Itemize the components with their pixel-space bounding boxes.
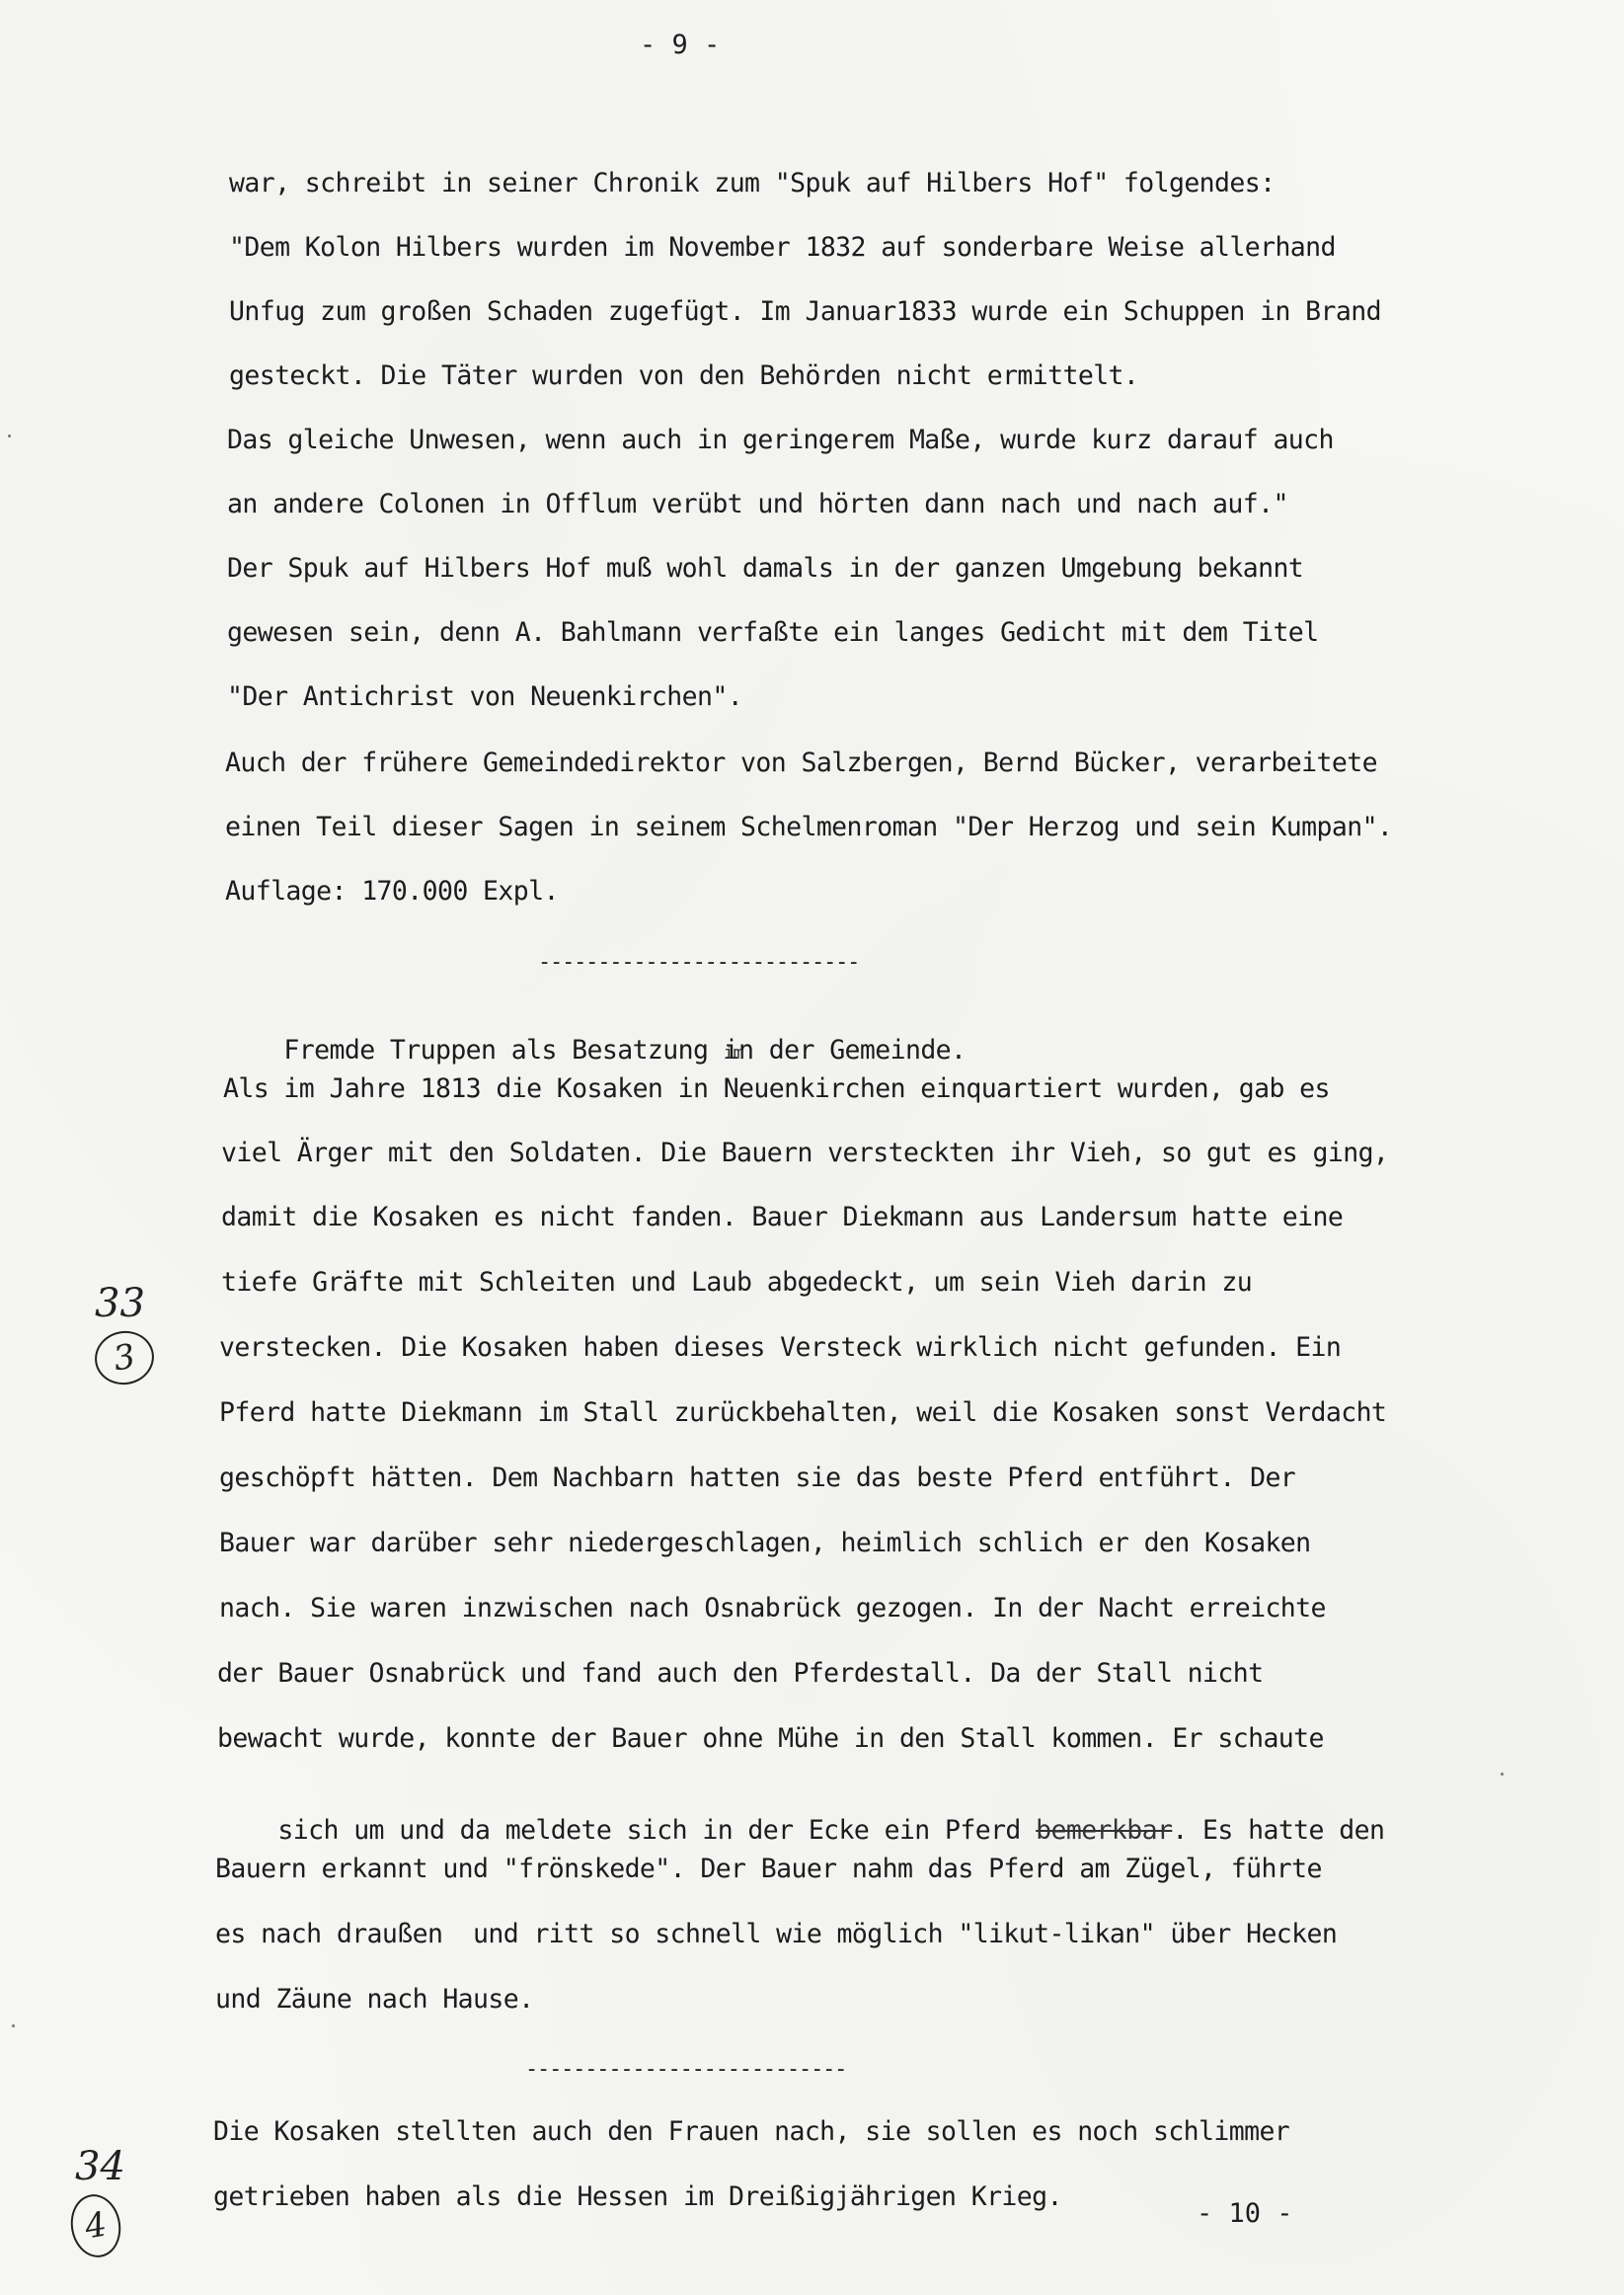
text-line: "Der Antichrist von Neuenkirchen". bbox=[227, 684, 742, 711]
text-line: nach. Sie waren inzwischen nach Osnabrüc… bbox=[219, 1596, 1326, 1622]
margin-note-circled: 4 bbox=[66, 2190, 125, 2261]
text-line: gewesen sein, denn A. Bahlmann verfaßte … bbox=[227, 620, 1319, 647]
page-number-bottom: - 10 - bbox=[1197, 2198, 1293, 2229]
page-number-top: - 9 - bbox=[640, 30, 720, 60]
text-line: "Dem Kolon Hilbers wurden im November 18… bbox=[229, 235, 1336, 262]
text-line: Der Spuk auf Hilbers Hof muß wohl damals… bbox=[227, 556, 1303, 583]
scan-speck bbox=[12, 2024, 15, 2027]
text-line: Die Kosaken stellten auch den Frauen nac… bbox=[213, 2119, 1289, 2146]
scanned-page: - 9 - war, schreibt in seiner Chronik zu… bbox=[0, 0, 1624, 2295]
text-line: Bauern erkannt und "frönskede". Der Baue… bbox=[215, 1857, 1322, 1883]
text-line: es nach draußen und ritt so schnell wie … bbox=[215, 1922, 1337, 1948]
section-divider: --------------------------- bbox=[538, 950, 859, 975]
heading-text-before: Fremde Truppen als Besatzung bbox=[283, 1035, 723, 1066]
typed-correction: inim bbox=[724, 1038, 754, 1065]
scan-speck bbox=[8, 435, 11, 437]
text-line: Bauer war darüber sehr niedergeschlagen,… bbox=[219, 1531, 1311, 1557]
heading-text-after: der Gemeinde. bbox=[753, 1035, 966, 1066]
text-line: damit die Kosaken es nicht fanden. Bauer… bbox=[221, 1205, 1343, 1231]
text-line: tiefe Gräfte mit Schleiten und Laub abge… bbox=[221, 1270, 1252, 1297]
margin-note-number: 33 bbox=[95, 1284, 145, 1323]
text-line: Das gleiche Unwesen, wenn auch in gering… bbox=[227, 428, 1334, 454]
text-line: geschöpft hätten. Dem Nachbarn hatten si… bbox=[219, 1465, 1295, 1492]
margin-note-circled: 3 bbox=[91, 1326, 158, 1389]
text-segment: . Es hatte den bbox=[1172, 1815, 1384, 1846]
text-line: viel Ärger mit den Soldaten. Die Bauern … bbox=[221, 1141, 1388, 1167]
scan-speck bbox=[1501, 1773, 1504, 1776]
text-line: Pferd hatte Diekmann im Stall zurückbeha… bbox=[219, 1400, 1386, 1427]
text-line: verstecken. Die Kosaken haben dieses Ver… bbox=[219, 1335, 1341, 1362]
text-line: an andere Colonen in Offlum verübt und h… bbox=[227, 492, 1288, 518]
text-line: Unfug zum großen Schaden zugefügt. Im Ja… bbox=[229, 299, 1381, 326]
margin-note-number: 34 bbox=[75, 2147, 125, 2186]
struck-word: bemerkbar bbox=[1036, 1815, 1172, 1846]
text-line: einen Teil dieser Sagen in seinem Schelm… bbox=[225, 815, 1392, 841]
text-line: der Bauer Osnabrück und fand auch den Pf… bbox=[217, 1661, 1263, 1688]
text-line: Auch der frühere Gemeindedirektor von Sa… bbox=[225, 751, 1377, 777]
section-divider: --------------------------- bbox=[525, 2057, 846, 2082]
text-line: gesteckt. Die Täter wurden von den Behör… bbox=[229, 363, 1138, 390]
text-line: Als im Jahre 1813 die Kosaken in Neuenki… bbox=[223, 1076, 1330, 1103]
text-segment: sich um und da meldete sich in der Ecke … bbox=[277, 1815, 1036, 1846]
text-line: getrieben haben als die Hessen im Dreißi… bbox=[213, 2184, 1062, 2211]
correction-overtype: im bbox=[724, 1045, 743, 1063]
text-line: Auflage: 170.000 Expl. bbox=[225, 879, 559, 906]
text-line: bewacht wurde, konnte der Bauer ohne Müh… bbox=[217, 1726, 1324, 1753]
text-line: war, schreibt in seiner Chronik zum "Spu… bbox=[229, 171, 1275, 198]
text-line: und Zäune nach Hause. bbox=[215, 1987, 533, 2014]
